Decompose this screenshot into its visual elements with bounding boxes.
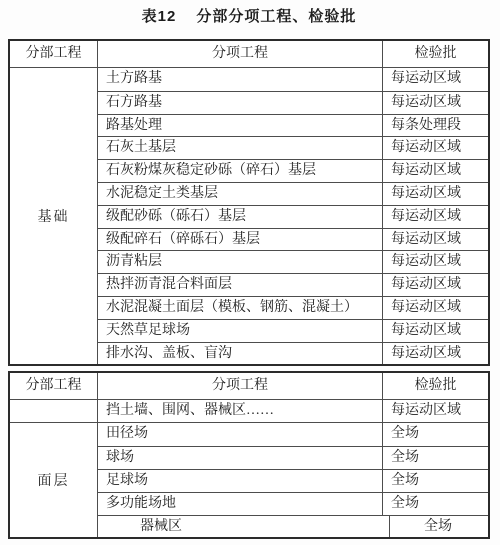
table-title: 表12分部分项工程、检验批 [8,5,490,26]
subitem-cell: 热拌沥青混合料面层 [98,274,382,296]
group-cell-foundation: 基础 [10,68,98,364]
subitem-cell: 石灰粉煤灰稳定砂砾（碎石）基层 [98,160,382,182]
header-inspection-lot: 检验批 [382,373,488,399]
batch-cell: 每运动区域 [382,68,488,91]
table-row: 田径场 全场 [98,423,488,446]
header-inspection-lot: 检验批 [382,41,488,67]
batch-cell: 全场 [382,447,488,469]
rows-column: 田径场 全场 球场 全场 足球场 全场 多功能场地 全场 器械区 全场 [98,423,488,537]
table-row: 级配碎石（碎砾石）基层 每运动区域 [98,228,488,251]
table-row: 水泥稳定土类基层 每运动区域 [98,182,488,205]
subitem-cell: 球场 [98,447,382,469]
document-page: 表12分部分项工程、检验批 分部工程 分项工程 检验批 基础 土方路基 每运动区… [0,0,500,539]
batch-cell: 每运动区域 [382,251,488,273]
subitem-cell: 多功能场地 [98,493,382,515]
subitem-cell: 排水沟、盖板、盲沟 [98,343,382,365]
batch-cell: 每运动区域 [382,229,488,251]
batch-cell: 每条处理段 [382,115,488,137]
table-surface: 分部工程 分项工程 检验批 挡土墙、围网、器械区…… 每运动区域 面层 田径场 … [8,371,490,539]
subitem-cell: 田径场 [98,423,382,446]
table-row: 多功能场地 全场 [98,492,488,515]
header-division-works: 分部工程 [10,373,98,399]
table-body: 面层 田径场 全场 球场 全场 足球场 全场 多功能场地 全场 [10,422,488,537]
table-row: 石方路基 每运动区域 [98,91,488,114]
table-number: 表12 [142,8,177,25]
batch-cell: 每运动区域 [382,297,488,319]
table-header-row: 分部工程 分项工程 检验批 [10,373,488,399]
batch-cell: 每运动区域 [382,274,488,296]
table-row: 土方路基 每运动区域 [98,68,488,91]
table-row: 水泥混凝土面层（模板、钢筋、混凝土） 每运动区域 [98,296,488,319]
group-cell-empty [10,400,98,422]
table-row: 器械区 全场 [98,515,488,538]
batch-cell: 每运动区域 [382,400,488,422]
subitem-cell: 石方路基 [98,92,382,114]
table-row: 足球场 全场 [98,469,488,492]
table-row: 沥青粘层 每运动区域 [98,250,488,273]
table-row: 石灰粉煤灰稳定砂砾（碎石）基层 每运动区域 [98,159,488,182]
batch-cell: 全场 [382,423,488,446]
subitem-cell: 土方路基 [98,68,382,91]
table-header-row: 分部工程 分项工程 检验批 [10,41,488,67]
table-row: 级配砂砾（砾石）基层 每运动区域 [98,205,488,228]
table-row: 排水沟、盖板、盲沟 每运动区域 [98,342,488,365]
table-row: 石灰土基层 每运动区域 [98,136,488,159]
batch-cell: 每运动区域 [382,343,488,365]
batch-cell: 每运动区域 [382,206,488,228]
subitem-cell: 挡土墙、围网、器械区…… [98,400,382,422]
header-division-works: 分部工程 [10,41,98,67]
batch-cell: 每运动区域 [382,92,488,114]
rows-column: 土方路基 每运动区域 石方路基 每运动区域 路基处理 每条处理段 石灰土基层 每… [98,68,488,364]
batch-cell: 每运动区域 [382,137,488,159]
subitem-cell: 天然草足球场 [98,320,382,342]
batch-cell: 每运动区域 [382,160,488,182]
table-row: 热拌沥青混合料面层 每运动区域 [98,273,488,296]
subitem-cell: 级配碎石（碎砾石）基层 [98,229,382,251]
subitem-cell: 沥青粘层 [98,251,382,273]
table-row: 路基处理 每条处理段 [98,114,488,137]
group-cell-surface: 面层 [10,423,98,537]
subitem-cell: 足球场 [98,470,382,492]
batch-cell: 每运动区域 [382,183,488,205]
batch-cell: 全场 [382,493,488,515]
table-title-text: 分部分项工程、检验批 [196,8,356,25]
subitem-cell: 器械区 [98,516,389,538]
subitem-cell: 级配砂砾（砾石）基层 [98,206,382,228]
header-subitem-works: 分项工程 [98,41,382,67]
table-row: 天然草足球场 每运动区域 [98,319,488,342]
subitem-cell: 石灰土基层 [98,137,382,159]
subitem-cell: 水泥混凝土面层（模板、钢筋、混凝土） [98,297,382,319]
table-row: 挡土墙、围网、器械区…… 每运动区域 [10,399,488,422]
header-subitem-works: 分项工程 [98,373,382,399]
batch-cell: 每运动区域 [382,320,488,342]
table-row: 球场 全场 [98,446,488,469]
batch-cell: 全场 [389,516,488,538]
table-body: 基础 土方路基 每运动区域 石方路基 每运动区域 路基处理 每条处理段 石灰土基… [10,67,488,364]
table-foundation: 分部工程 分项工程 检验批 基础 土方路基 每运动区域 石方路基 每运动区域 路… [8,39,490,366]
subitem-cell: 水泥稳定土类基层 [98,183,382,205]
subitem-cell: 路基处理 [98,115,382,137]
batch-cell: 全场 [382,470,488,492]
